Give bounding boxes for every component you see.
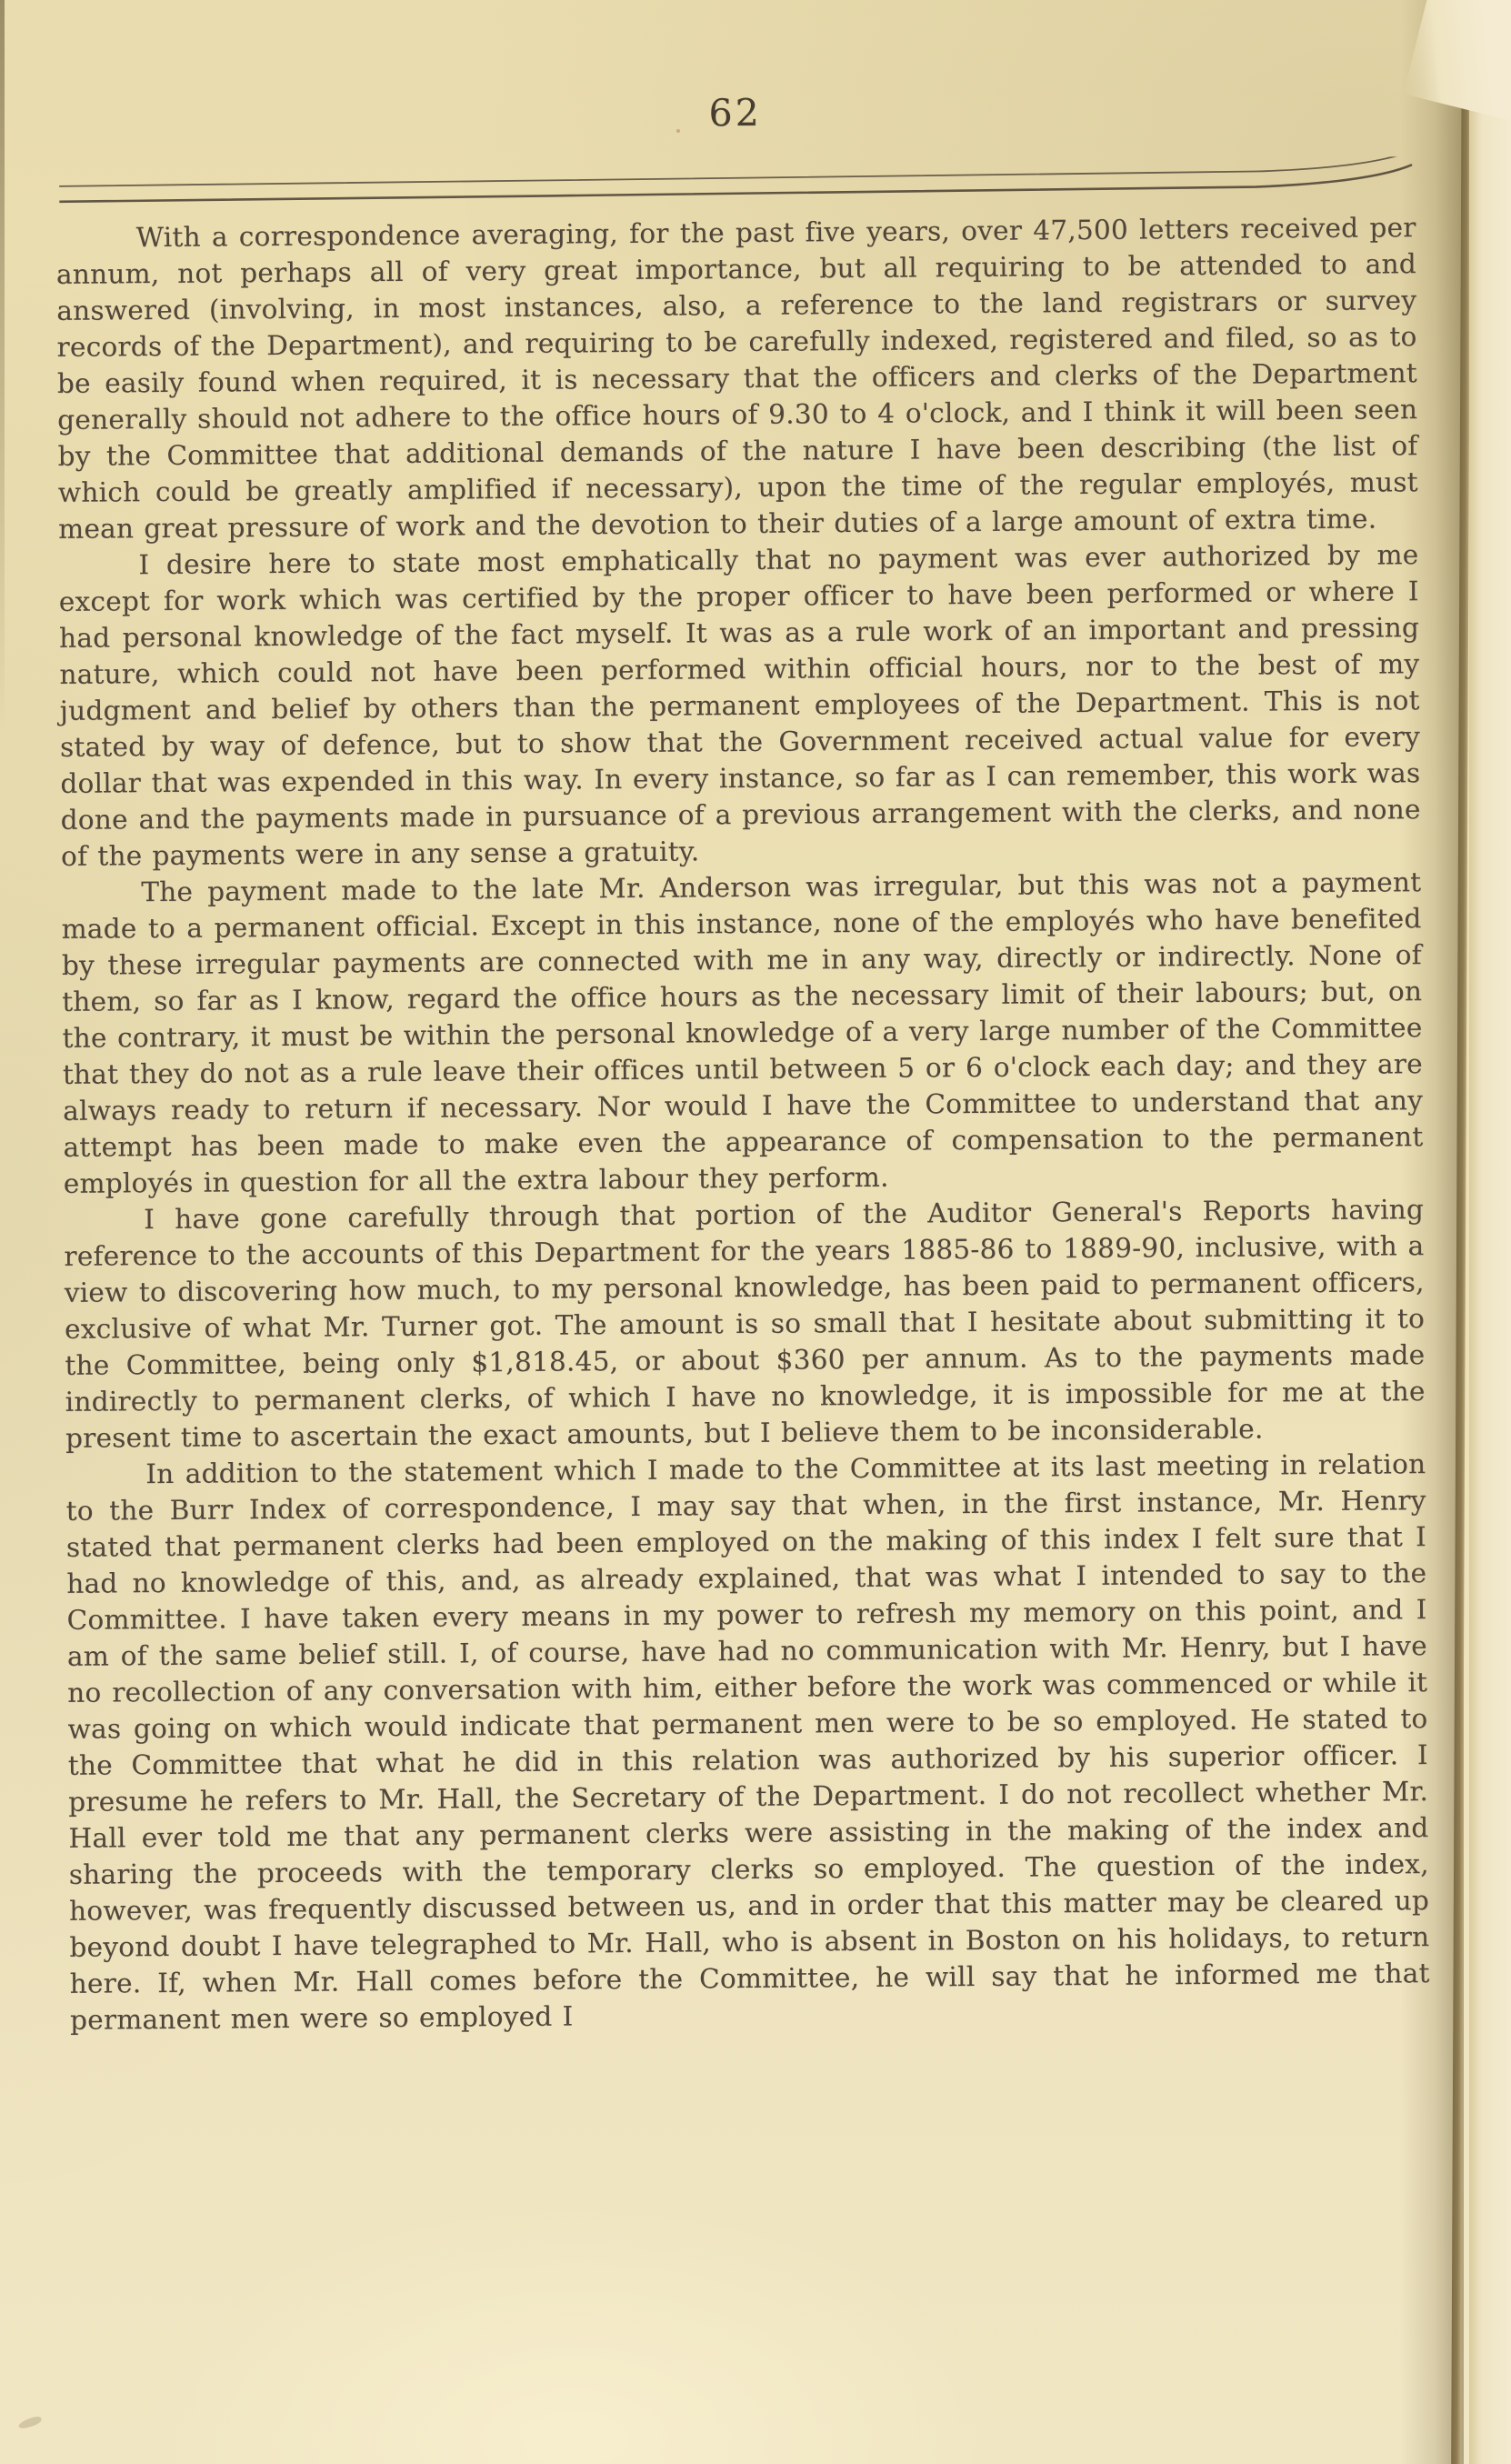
paper-blemish: [676, 129, 680, 133]
paragraph: I desire here to state most emphatically…: [58, 536, 1421, 875]
body-paragraphs: With a correspondence averaging, for the…: [55, 209, 1430, 2038]
left-edge-shadow: [0, 0, 5, 818]
scanned-page: 62 With a correspondence averaging, for …: [0, 0, 1511, 2464]
paragraph: With a correspondence averaging, for the…: [55, 209, 1418, 547]
page-number: 62: [55, 85, 1415, 140]
paragraph: I have gone carefully through that porti…: [64, 1191, 1426, 1457]
paper-blemish: [17, 2415, 43, 2430]
page-content: 62 With a correspondence averaging, for …: [55, 0, 1434, 2464]
next-page-sliver: [1469, 0, 1511, 2464]
paragraph: The payment made to the late Mr. Anderso…: [61, 864, 1424, 1202]
double-rule: [55, 156, 1416, 213]
paragraph: In addition to the statement which I mad…: [65, 1446, 1430, 2038]
